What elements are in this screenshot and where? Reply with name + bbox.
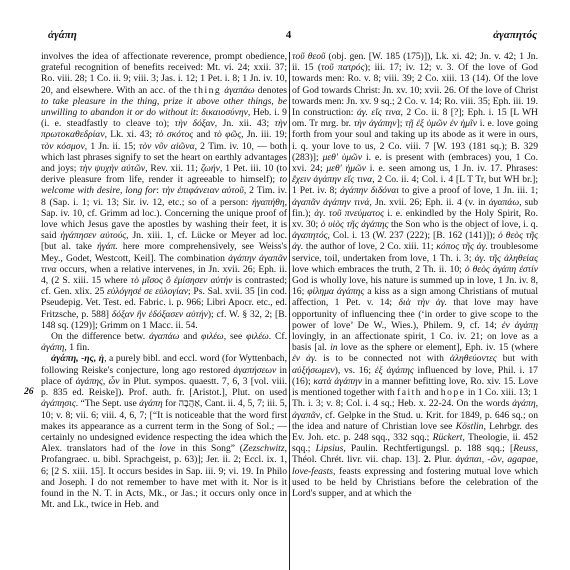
greek-term: ἔχειν ἀγάπην εἴς τινα [292,174,372,185]
greek-term: ὁ θεὸς ἀγάπη ἐστίν [465,264,538,275]
greek-term: εὐλόγησέ σε εὐλογίαν [107,286,188,297]
agape-continuation-paragraph: τοῦ θεοῦ (obj. gen. [W. 185 (175)]), Lk.… [292,51,538,499]
greek-term: ἠγάπησεν αὐτούς [60,230,126,241]
sense-number: 2. [424,454,431,465]
left-column: involves the idea of affectionate revere… [41,51,287,510]
greek-term: μεθ' ὑμῶν [323,152,363,163]
greek-term: φίλημα ἀγάπης [307,286,364,297]
greek-term: ἐν ἀγάπῃ [502,320,538,331]
greek-term: δόξαν ἣν ἐδόξασεν αὐτήν [112,309,208,320]
author-name: Köstlin [456,421,484,432]
greek-term: ἀγάπης, ὧν [76,376,120,387]
greek-term: ἀγάπησις [41,398,76,409]
text: ), vs. 16; [335,365,375,376]
column-divider [289,52,290,570]
greek-term: ἠγαπήθη [252,197,285,208]
greek-term: ἀγάπη [139,398,162,409]
author-name: Reuss [513,443,535,454]
text: . “The Sept. use [76,398,139,409]
greek-term: τὴν ἐπιφάνειαν αὐτοῦ [162,185,244,196]
greek-term: τὸν νῦν αἰῶνα [139,141,195,152]
text: , [536,454,538,465]
greek-term: ζωήν [201,163,220,174]
greek-term: τοῦ θεοῦ [292,51,325,62]
page-header: ἀγάπη 4 ἀγαπητός [40,28,537,42]
italic-term: love [159,443,175,454]
greek-term: τὴν ἀγάπην [354,118,397,129]
text: the author of love, 2 Co. xiii. 11; [303,241,436,252]
greek-term: ἀγάπην διδόναι [340,185,399,196]
text: love as the sphere or element], Eph. iv.… [338,342,538,353]
greek-term: ἠγάπ. [97,241,118,252]
text: the Son who is the object of love, i. q. [388,219,538,230]
text: and [179,331,201,342]
text: , Lk. xi. 43; [105,129,156,140]
greek-term: ἀληθεύοντες [450,353,497,364]
greek-term: φιλέω [201,331,224,342]
text: , Paulin. Rechtfertigungsl. p. 188 sqq.;… [343,443,513,454]
greek-term: ἀγ. εἴς τινα [357,107,401,118]
greek-term: τῇ ἐξ ὑμῶν ἐν ἡμῖν [405,118,477,129]
right-column: τοῦ θεοῦ (obj. gen. [W. 185 (175)]), Lk.… [292,51,538,499]
greek-term: αὐξήσωμεν [292,365,335,376]
greek-term: τὴν ψυχὴν αὐτῶν [79,163,145,174]
text: denotes [255,85,287,96]
text: i. e. seen among us, 1 Jn. iv. 17. Phras… [366,163,538,174]
greek-term: τὴν δόξαν [175,118,215,129]
italic-definition: love-feasts [292,466,333,477]
text: , Jn. iii. 19; [241,129,287,140]
greek-term: ἐν ἀγ. [292,353,317,364]
text: for [163,398,179,409]
greek-term: κατὰ ἀγάπην [313,376,362,387]
greek-term: τὸ σκότος [155,129,193,140]
greek-term: ἀγαπήσεων [233,365,276,376]
agapao-continuation-paragraph: involves the idea of affectionate revere… [41,51,287,331]
spaced-emphasis: thing [194,85,221,96]
entry-number: 26 [24,386,34,397]
text: . Cf. [269,331,287,342]
greek-term: τὸν κόσμον [41,141,85,152]
greek-term: διὰ τὴν ἀγ. [398,297,447,308]
page-number: 4 [40,28,537,42]
text: , 1 Jn. ii. 15; [85,141,139,152]
greek-term: ἀγαπᾶν ἀγάπην τινά [292,197,369,208]
greek-term: ἀγάπαι, -ῶν [455,454,501,465]
text: in this Song” ( [175,443,243,454]
text: but with [497,353,538,364]
text: and [422,387,441,398]
text: to give a proof of love, 1 Jn. iii. 1; [399,185,538,196]
hebrew-term: אַהֲבָה [179,398,200,409]
italic-definition: agapae [507,454,535,465]
text: , see [224,331,246,342]
greek-term: ὁ υἱὸς τῆς ἀγάπης [321,219,389,230]
greek-term: ἀγ. τῆς ἀληθείας [475,253,538,264]
text: and [193,129,213,140]
greek-term: ἀγαπάω [224,85,254,96]
text: , Rev. xii. 11; [145,163,201,174]
text: ]; [397,118,406,129]
text: On the difference betw. [51,331,149,342]
right-running-headword: ἀγαπητός [493,28,537,42]
text: is to be connected not with [317,353,450,364]
greek-term: φιλέω [246,331,269,342]
greek-term: τὸ φῶς [214,129,242,140]
italic-term: in [330,342,337,353]
text: Plur. [431,454,455,465]
greek-term: ἀγαπάω [149,331,179,342]
entry-headword: ἀγάπη, -ης, ἡ [51,353,104,364]
greek-term: τὸ μῖσος ὃ ἐμίσησεν αὐτήν [131,275,233,286]
greek-term: ἀγαπάω [489,197,519,208]
greek-term: ἀγαπητός [292,230,328,241]
text: , Jn. xvii. 26; Eph. ii. 4 (v. in [369,197,488,208]
spaced-emphasis: hope [441,387,466,398]
greek-term: κόπος τῆς ἀγ. [436,241,488,252]
greek-term: ἐξ ἀγάπης [375,365,414,376]
greek-term: ἀγ. τοῦ πνεύματος [314,208,384,219]
spaced-emphasis: faith [397,387,422,398]
author-name: Zezschwitz [243,443,285,454]
text: love which embraces the truth, 2 Th. ii.… [292,264,465,275]
text: , Col. i. 13 (W. 237 (222); [B. 162 (141… [328,230,499,241]
greek-term: δικαιοσύνην [201,107,248,118]
agape-entry-paragraph: ἀγάπη, -ης, ἡ, a purely bibl. and eccl. … [41,353,287,510]
greek-term: μεθ' ἡμῶν [326,163,366,174]
author-name: Lipsius [316,443,344,454]
text: , Jn. xii. 43; [215,118,275,129]
author-name: Rückert [433,432,463,443]
difference-note-paragraph: On the difference betw. ἀγαπάω and φιλέω… [41,331,287,353]
greek-term: ἀγάπη [41,342,64,353]
text: , 1 fin. [64,342,89,353]
greek-term: τοῦ πατρός [321,62,364,73]
